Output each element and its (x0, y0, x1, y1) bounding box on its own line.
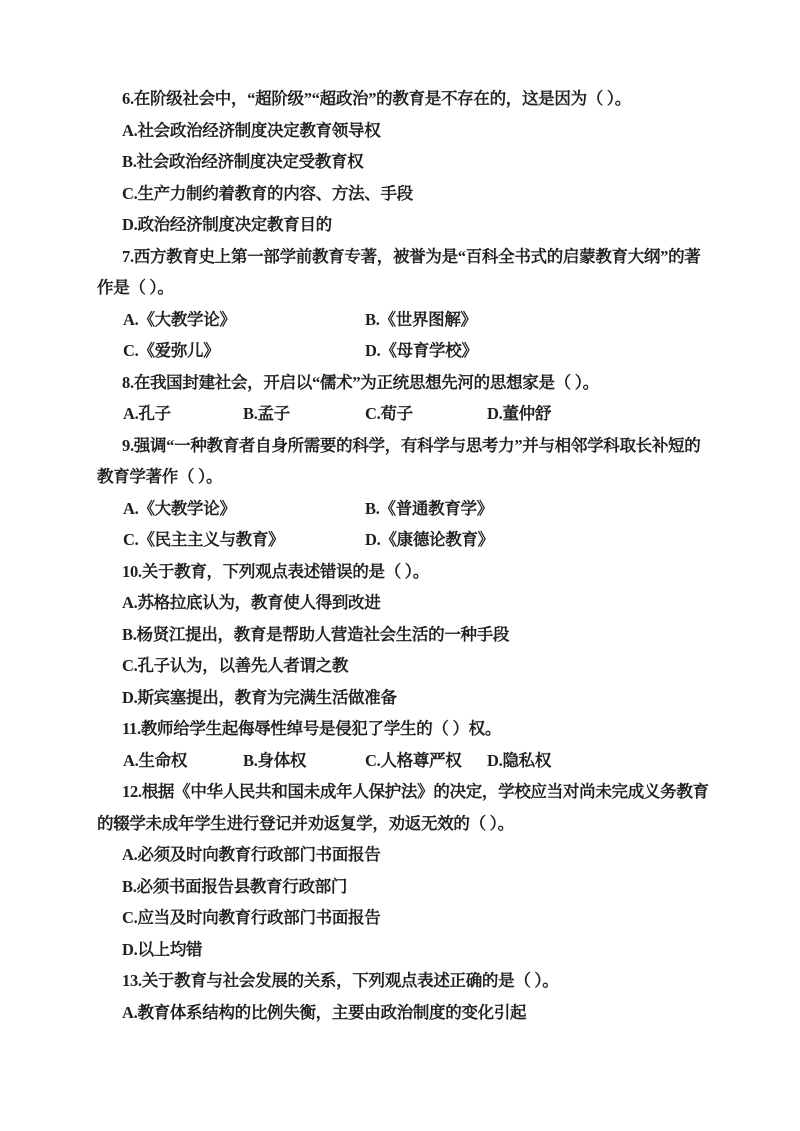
exam-question-list: 6.在阶级社会中，“超阶级”“超政治”的教育是不存在的，这是因为（ ）。 A.社… (97, 83, 709, 1028)
question-6-option-c: C.生产力制约着教育的内容、方法、手段 (97, 178, 709, 210)
question-11-option-b: B.身体权 (243, 745, 306, 777)
question-9-options-row-1: A.《大教学论》 B.《普通教育学》 (97, 493, 709, 525)
question-9-option-a: A.《大教学论》 (123, 493, 236, 525)
question-7-option-a: A.《大教学论》 (123, 304, 236, 336)
question-11-stem: 11.教师给学生起侮辱性绰号是侵犯了学生的（ ）权。 (97, 713, 709, 745)
question-9-option-c: C.《民主主义与教育》 (123, 524, 284, 556)
question-8-options-row: A.孔子 B.孟子 C.荀子 D.董仲舒 (97, 398, 709, 430)
question-13-option-a: A.教育体系结构的比例失衡，主要由政治制度的变化引起 (97, 997, 709, 1029)
question-6-option-a: A.社会政治经济制度决定教育领导权 (97, 115, 709, 147)
question-11-option-d: D.隐私权 (487, 745, 551, 777)
question-10-option-d: D.斯宾塞提出，教育为完满生活做准备 (97, 682, 709, 714)
question-6-stem: 6.在阶级社会中，“超阶级”“超政治”的教育是不存在的，这是因为（ ）。 (97, 83, 709, 115)
question-7-options-row-2: C.《爱弥儿》 D.《母育学校》 (97, 335, 709, 367)
question-12-option-a: A.必须及时向教育行政部门书面报告 (97, 839, 709, 871)
question-9-options-row-2: C.《民主主义与教育》 D.《康德论教育》 (97, 524, 709, 556)
question-7-options-row-1: A.《大教学论》 B.《世界图解》 (97, 304, 709, 336)
question-7-option-d: D.《母育学校》 (365, 335, 478, 367)
question-13-stem: 13.关于教育与社会发展的关系，下列观点表述正确的是（ ）。 (97, 965, 709, 997)
question-7-stem-line-1: 7.西方教育史上第一部学前教育专著，被誉为是“百科全书式的启蒙教育大纲”的著 (97, 241, 709, 273)
question-12-option-b: B.必须书面报告县教育行政部门 (97, 871, 709, 903)
question-10-option-a: A.苏格拉底认为，教育使人得到改进 (97, 587, 709, 619)
question-6-option-d: D.政治经济制度决定教育目的 (97, 209, 709, 241)
question-10-stem: 10.关于教育，下列观点表述错误的是（ ）。 (97, 556, 709, 588)
scanned-exam-page: 6.在阶级社会中，“超阶级”“超政治”的教育是不存在的，这是因为（ ）。 A.社… (0, 0, 800, 1131)
question-12-stem-line-2: 的辍学未成年学生进行登记并劝返复学，劝返无效的（ ）。 (97, 808, 709, 840)
question-9-option-d: D.《康德论教育》 (365, 524, 494, 556)
question-8-option-c: C.荀子 (365, 398, 413, 430)
question-7-option-c: C.《爱弥儿》 (123, 335, 219, 367)
question-9-option-b: B.《普通教育学》 (365, 493, 493, 525)
question-10-option-b: B.杨贤江提出，教育是帮助人营造社会生活的一种手段 (97, 619, 709, 651)
question-8-option-d: D.董仲舒 (487, 398, 551, 430)
question-10-option-c: C.孔子认为，以善先人者谓之教 (97, 650, 709, 682)
question-11-option-a: A.生命权 (123, 745, 187, 777)
question-12-stem-line-1: 12.根据《中华人民共和国未成年人保护法》的决定，学校应当对尚未完成义务教育 (97, 776, 709, 808)
question-7-option-b: B.《世界图解》 (365, 304, 477, 336)
question-11-option-c: C.人格尊严权 (365, 745, 461, 777)
question-12-option-c: C.应当及时向教育行政部门书面报告 (97, 902, 709, 934)
question-9-stem-line-2: 教育学著作（ ）。 (97, 461, 709, 493)
question-8-option-a: A.孔子 (123, 398, 171, 430)
question-12-option-d: D.以上均错 (97, 934, 709, 966)
question-9-stem-line-1: 9.强调“一种教育者自身所需要的科学，有科学与思考力”并与相邻学科取长补短的 (97, 430, 709, 462)
question-8-stem: 8.在我国封建社会，开启以“儒术”为正统思想先河的思想家是（ ）。 (97, 367, 709, 399)
question-6-option-b: B.社会政治经济制度决定受教育权 (97, 146, 709, 178)
question-7-stem-line-2: 作是（ ）。 (97, 272, 709, 304)
question-11-options-row: A.生命权 B.身体权 C.人格尊严权 D.隐私权 (97, 745, 709, 777)
question-8-option-b: B.孟子 (243, 398, 290, 430)
